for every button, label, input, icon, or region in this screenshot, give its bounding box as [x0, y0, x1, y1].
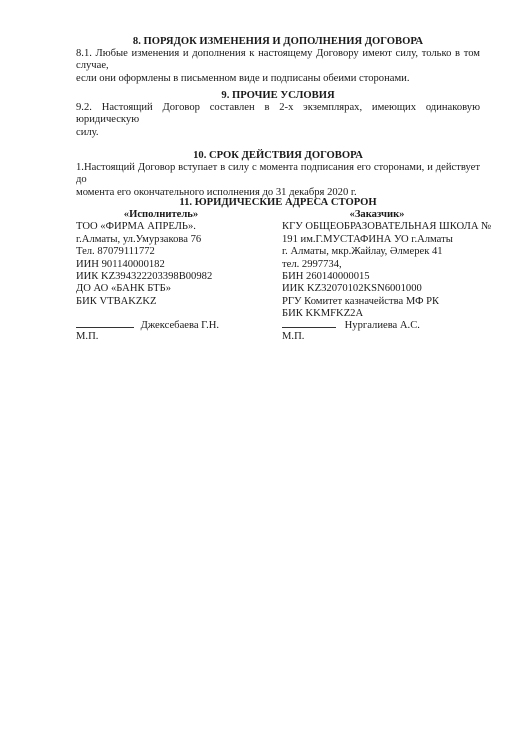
customer-details: «Заказчик» КГУ ОБЩЕОБРАЗОВАТЕЛЬНАЯ ШКОЛА…: [282, 209, 492, 321]
customer-line: 191 им.Г.МУСТАФИНА УО г.Алматы: [282, 234, 492, 246]
executor-line: Тел. 87079111772: [76, 246, 276, 258]
section-10-heading: 10. СРОК ДЕЙСТВИЯ ДОГОВОРА: [76, 150, 480, 162]
executor-signature-line: [76, 318, 134, 328]
customer-line: БИН 260140000015: [282, 271, 492, 283]
executor-line: БИК VTBAKZKZ: [76, 296, 276, 308]
customer-signature-line: [282, 318, 336, 328]
executor-details: «Исполнитель» ТОО «ФИРМА АПРЕЛЬ». г.Алма…: [76, 209, 276, 308]
customer-signatory: Нургалиева А.С.: [345, 320, 420, 331]
section-9-line-1: 9.2. Настоящий Договор составлен в 2-х э…: [76, 102, 480, 127]
executor-line: г.Алматы, ул.Умурзакова 76: [76, 234, 276, 246]
section-10-line-1: 1.Настоящий Договор вступает в силу с мо…: [76, 162, 480, 187]
section-10-text: 1.Настоящий Договор вступает в силу с мо…: [76, 162, 480, 199]
customer-line: КГУ ОБЩЕОБРАЗОВАТЕЛЬНАЯ ШКОЛА №: [282, 221, 492, 233]
customer-line: г. Алматы, мкр.Жайлау, Әлмерек 41: [282, 246, 492, 258]
customer-title: «Заказчик»: [297, 209, 457, 221]
section-8-line-1: 8.1. Любые изменения и дополнения к наст…: [76, 48, 480, 73]
contract-page: 8. ПОРЯДОК ИЗМЕНЕНИЯ И ДОПОЛНЕНИЯ ДОГОВО…: [0, 0, 531, 750]
executor-line: ИИК KZ394322203398B00982: [76, 271, 276, 283]
section-8-heading: 8. ПОРЯДОК ИЗМЕНЕНИЯ И ДОПОЛНЕНИЯ ДОГОВО…: [76, 36, 480, 48]
executor-stamp: М.П.: [76, 331, 98, 343]
section-9-line-2: силу.: [76, 127, 480, 139]
executor-line: ИИН 901140000182: [76, 259, 276, 271]
executor-title: «Исполнитель»: [76, 209, 246, 221]
customer-stamp: М.П.: [282, 331, 304, 343]
customer-line: РГУ Комитет казначейства МФ РК: [282, 296, 492, 308]
executor-line: ТОО «ФИРМА АПРЕЛЬ».: [76, 221, 276, 233]
section-8-text: 8.1. Любые изменения и дополнения к наст…: [76, 48, 480, 85]
executor-line: ДО АО «БАНК БТБ»: [76, 283, 276, 295]
executor-signatory: Джексебаева Г.Н.: [141, 320, 219, 331]
section-8-line-2: если они оформлены в письменном виде и п…: [76, 73, 480, 85]
section-9-heading: 9. ПРОЧИЕ УСЛОВИЯ: [76, 90, 480, 102]
section-9-text: 9.2. Настоящий Договор составлен в 2-х э…: [76, 102, 480, 139]
customer-line: тел. 2997734,: [282, 259, 492, 271]
section-11-heading: 11. ЮРИДИЧЕСКИЕ АДРЕСА СТОРОН: [76, 197, 480, 209]
customer-line: ИИК KZ32070102KSN6001000: [282, 283, 492, 295]
